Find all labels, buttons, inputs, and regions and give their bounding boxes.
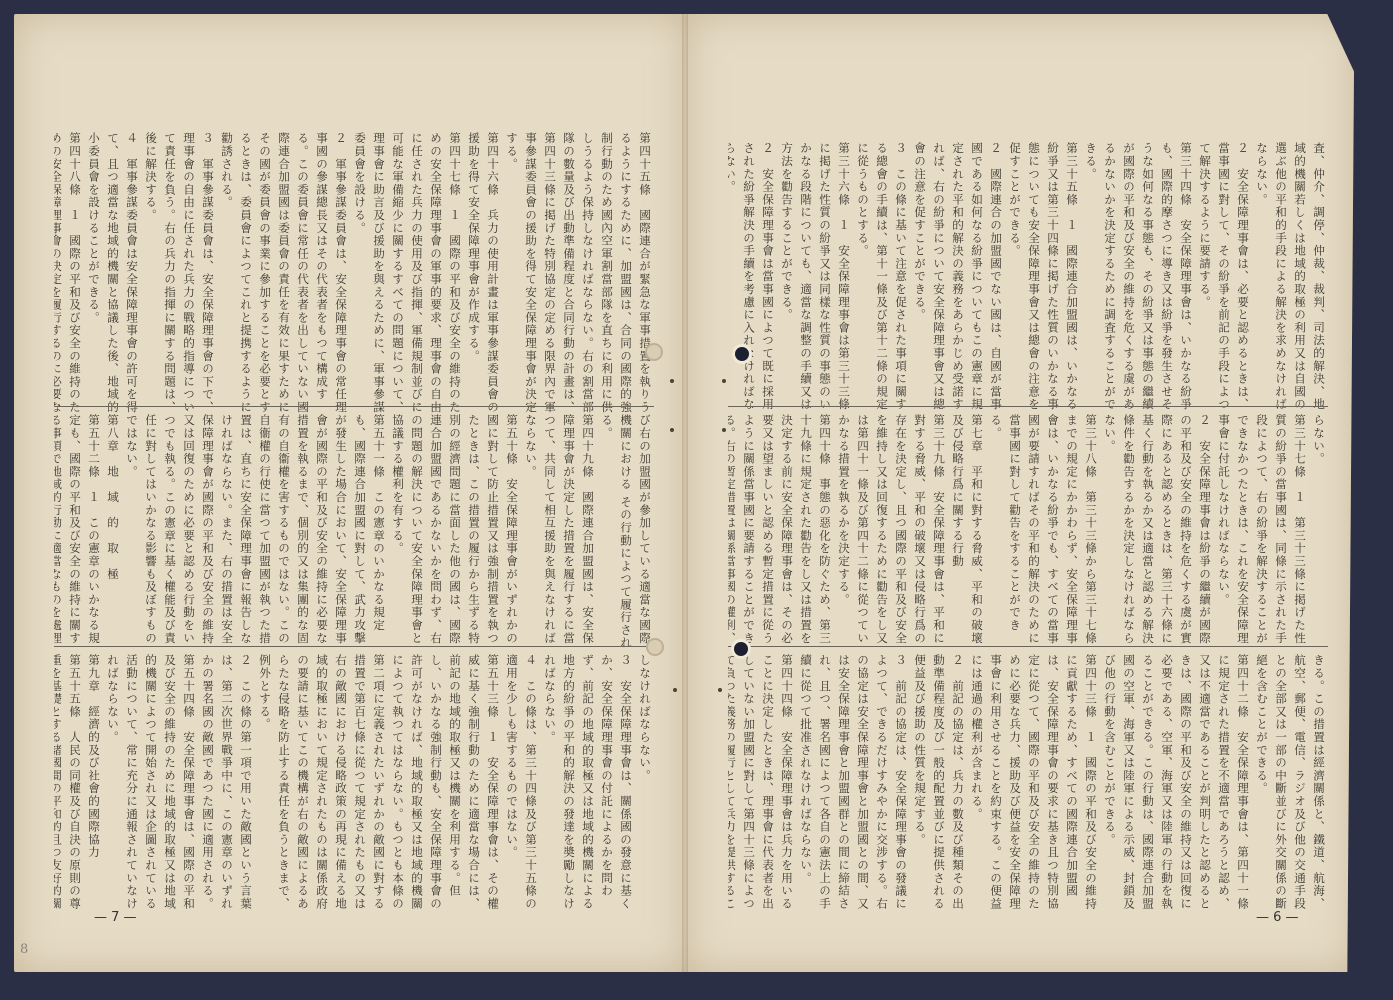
article-paragraph: らない。 [1309, 414, 1328, 652]
article-paragraph: ４ 軍事參謀委員會は安全保障理事會の許可を得て、且つ適當な地域的機關と協議した後… [84, 132, 141, 414]
article-paragraph: 査、仲介、調停、仲裁、裁判、司法的解決、地域的機關若しくは地域的取極の利用又は自… [1252, 142, 1328, 414]
article-paragraph: ２ 安全保障理事會は紛爭の繼續が國際の平和及び安全の維持を危くする虞が實際にある… [1100, 414, 1214, 652]
right-middle-band: らない。第三十七條 １ 第三十三條に掲げた性質の紛爭の當事國は、同條に示された手… [728, 414, 1328, 652]
article-paragraph: 第四十六條 兵力の使用計畫は軍事參謀委員會の援助を得て安全保障理事會が作成する。 [464, 132, 502, 414]
article-paragraph: ２ 前記の協定は、兵力の數及び種類その出動準備程度及び一般的配置並びに提供される… [910, 654, 967, 919]
article-paragraph: 第三十六條 １ 安全保障理事會は第三十三條に掲げた性質の紛爭又は同樣な性質の事態… [777, 142, 853, 414]
binding-hole-icon [647, 345, 661, 359]
article-paragraph: ２ 安全保障理事會は、必要と認めるときは、當事國に對して、その紛爭を前記の手段に… [1195, 142, 1252, 414]
article-paragraph: 第三十八條 第三十三條から第三十七條までの規定にかかわらず、安全保障理事會は、い… [986, 414, 1100, 652]
article-paragraph: 第五十五條 人民の同權及び自決の原則の尊重を基礎とする諸國間の平和的且つ友好的關… [54, 654, 84, 919]
article-paragraph: 第九章 經濟的及び社會的國際協力 [84, 654, 103, 919]
article-paragraph: 第五十一條 この憲章のいかなる規定も、國際連合加盟國に對して、武力攻擊が發生した… [122, 414, 388, 652]
divider-rule [54, 646, 654, 647]
article-paragraph: ３ 安全保障理事會は、關係國の發意に基くか、安全保障理事會の付託によるかを問わず… [540, 654, 635, 919]
staple-mark-icon [722, 379, 726, 383]
article-paragraph: 第四十條 事態の惡化を防ぐため、第三十九條に規定された勸告をし又は措置を決定する… [728, 414, 834, 652]
article-paragraph: 第五十四條 安全保障理事會は、國際の平和及び安全の維持のために地域的取極又は地域… [103, 654, 198, 919]
binding-hole-icon [734, 642, 748, 656]
left-page: 第四十五條 國際連合が緊急な軍事措置を執りうるようにするために、加盟國は、合同の… [14, 14, 686, 972]
article-paragraph: ２ 軍事參謀委員會は、安全保障理事會の常任理事國の參謀總長又はその代表者をもつて… [217, 132, 350, 414]
divider-rule [54, 406, 654, 407]
article-paragraph: ３ この條に基いて注意を促された事項に關する總會の手續は、第十一條及び第十二條の… [853, 142, 910, 414]
divider-rule [728, 406, 1328, 407]
article-paragraph: 第四十七條 １ 國際の平和及び安全の維持のための安全保障理事會の軍事的要求、理事… [350, 132, 464, 414]
article-paragraph: ４ この條は、第三十四條及び第三十五條の適用を少しも害するものではない。 [502, 654, 540, 919]
left-middle-band: び右の加盟國が參加している適當な國際機關における その行動によつて履行される。第… [54, 414, 654, 652]
article-paragraph: きる。この措置は經濟關係と、鐵道、航海、航空、郵便、電信、ラジオ及び他の交通手段… [1252, 654, 1328, 919]
article-paragraph: 第三十九條 安全保障理事會は、平和に對する脅威、平和の破壞又は侵略行爲の存在を決… [834, 414, 948, 652]
page-number: — 6 — [1256, 910, 1299, 925]
binding-hole-icon [735, 347, 749, 361]
article-paragraph: び右の加盟國が參加している適當な國際機關における その行動によつて履行される。 [597, 414, 654, 652]
left-top-band: 第四十五條 國際連合が緊急な軍事措置を執りうるようにするために、加盟國は、合同の… [54, 132, 654, 414]
article-paragraph: 第五十三條 １ 安全保障理事會は、その權威に基く強制行動のために適當な場合には、… [255, 654, 502, 919]
article-paragraph: 第四十九條 國際連合加盟國は、安全保障理事會が決定した措置を履行するに當つて、共… [521, 414, 597, 652]
article-paragraph: 第三十七條 １ 第三十三條に掲げた性質の紛爭の當事國は、同條に示された手段によつ… [1214, 414, 1309, 652]
staple-mark-icon [670, 379, 674, 383]
article-paragraph: 第四十二條 安全保障理事會は、第四十一條に規定された措置を不適當であろうと認め、… [1100, 654, 1252, 919]
left-bottom-band: しなければならない。３ 安全保障理事會は、關係國の發意に基くか、安全保障理事會の… [54, 654, 654, 919]
staple-mark-icon [670, 428, 674, 432]
article-paragraph: ２ 安全保障理事會は當事國によつて既に採用された紛爭解決の手續を考慮に入れなけれ… [728, 142, 777, 414]
staple-mark-icon [718, 688, 722, 692]
article-paragraph: ２ 國際連合の加盟國でない國は、自國が當事國である如何なる紛爭についてもこの憲章… [910, 142, 1005, 414]
article-paragraph: 第四十三條 １ 國際の平和及び安全の維持に貢獻するため、すべての國際連合加盟國は… [967, 654, 1100, 919]
article-paragraph: ２ この條の第一項で用いた敵國という言葉は、第二次世界戰爭中に、この憲章のいずれ… [198, 654, 255, 919]
divider-rule [728, 646, 1328, 647]
right-page: 査、仲介、調停、仲裁、裁判、司法的解決、地域的機關若しくは地域的取極の利用又は自… [686, 14, 1354, 972]
right-bottom-band: きる。この措置は經濟關係と、鐵道、航海、航空、郵便、電信、ラジオ及び他の交通手段… [728, 654, 1328, 919]
center-fold [682, 14, 688, 972]
staple-mark-icon [673, 688, 677, 692]
article-paragraph: 第七章 平和に對する脅威、平和の破壞及び侵略行爲に關する行動 [948, 414, 986, 652]
binding-hole-icon [648, 640, 662, 654]
article-paragraph: ３ 前記の協定は、安全保障理事會の發議によつて、できるだけすみやかに交涉する。右… [796, 654, 910, 919]
corner-mark: 8 [20, 942, 28, 957]
article-paragraph: 第五十條 安全保障理事會がいずれかの國に對して防止措置又は強制措置を執つたときは… [388, 414, 521, 652]
article-paragraph: 第四十四條 安全保障理事會は兵力を用いることに決定したときは、理事會に代表者を出… [728, 654, 796, 919]
article-paragraph: ３ 軍事參謀委員會は、安全保障理事會の下で、理事會の自由に任された兵力の戰略的指… [141, 132, 217, 414]
right-top-band: 査、仲介、調停、仲裁、裁判、司法的解決、地域的機關若しくは地域的取極の利用又は自… [728, 142, 1328, 414]
article-paragraph: しなければならない。 [635, 654, 654, 919]
article-paragraph: 第五十二條 １ この憲章のいかなる規定も、國際の平和及び安全の維持に關する事項で… [54, 414, 103, 652]
article-paragraph: 第三十五條 １ 國際連合加盟國は、いかなる紛爭又は第三十四條に掲げた性質のいかな… [1005, 142, 1081, 414]
staple-mark-icon [722, 428, 726, 432]
article-paragraph: 第四十五條 國際連合が緊急な軍事措置を執りうるようにするために、加盟國は、合同の… [502, 132, 654, 414]
page-number: — 7 — [94, 910, 137, 925]
article-paragraph: 第八章 地 域 的 取 極 [103, 414, 122, 652]
article-paragraph: 第三十四條 安全保障理事會は、いかなる紛爭も、國際的摩さつに導き又は紛爭を發生さ… [1081, 142, 1195, 414]
article-paragraph: 第四十八條 １ 國際の平和及び安全の維持のための安全保障理事會の決定を履行するの… [54, 132, 84, 414]
